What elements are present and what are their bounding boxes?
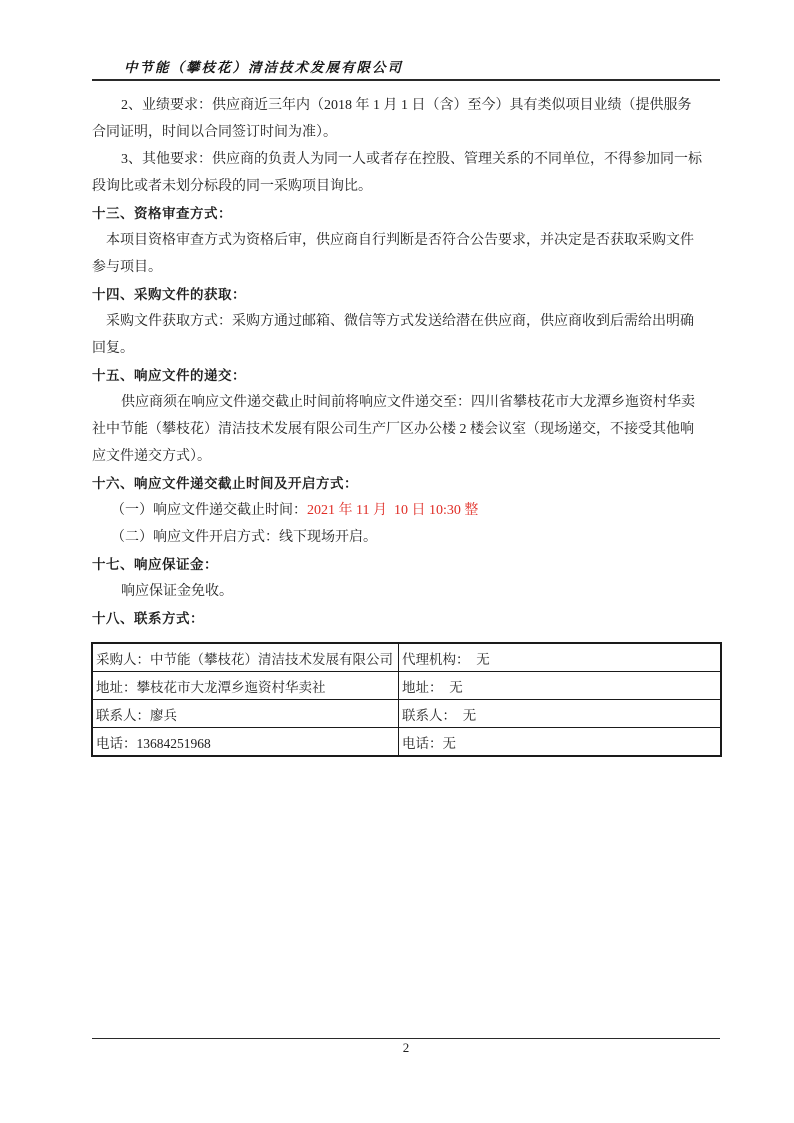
cell-agency: 代理机构： 无: [399, 644, 721, 672]
paragraph-other-requirement: 3、其他要求：供应商的负责人为同一人或者存在控股、管理关系的不同单位，不得参加同…: [92, 146, 722, 173]
deadline-label: （一）响应文件递交截止时间：: [111, 503, 307, 518]
paragraph-submission-deadline: （一）响应文件递交截止时间：2021 年 11 月 10 日 10:30 整: [92, 497, 722, 524]
section-heading-16-deadline-opening: 十六、响应文件递交截止时间及开启方式：: [92, 470, 722, 497]
paragraph-document-acquisition: 采购文件获取方式：采购方通过邮箱、微信等方式发送给潜在供应商，供应商收到后需给出…: [92, 308, 722, 335]
page-number: 2: [92, 1040, 720, 1056]
page-header: 中节能（攀枝花）清洁技术发展有限公司: [92, 56, 720, 81]
cell-agency-phone: 电话：无: [399, 728, 721, 756]
contact-table: 采购人：中节能（攀枝花）清洁技术发展有限公司 代理机构： 无 地址：攀枝花市大龙…: [92, 643, 721, 756]
paragraph-response-submission-cont1: 社中节能（攀枝花）清洁技术发展有限公司生产厂区办公楼 2 楼会议室（现场递交，不…: [92, 416, 722, 443]
paragraph-document-acquisition-cont: 回复。: [92, 335, 722, 362]
table-row-phone: 电话：13684251968 电话：无: [93, 728, 721, 756]
cell-agency-address: 地址： 无: [399, 672, 721, 700]
cell-agency-contact: 联系人： 无: [399, 700, 721, 728]
section-heading-15-response-submission: 十五、响应文件的递交：: [92, 362, 722, 389]
section-heading-17-deposit: 十七、响应保证金：: [92, 551, 722, 578]
paragraph-qualification-review: 本项目资格审查方式为资格后审，供应商自行判断是否符合公告要求，并决定是否获取采购…: [92, 227, 722, 254]
deadline-datetime-highlight: 2021 年 11 月 10 日 10:30 整: [307, 503, 478, 518]
paragraph-qualification-review-cont: 参与项目。: [92, 254, 722, 281]
paragraph-performance-requirement: 2、业绩要求：供应商近三年内（2018 年 1 月 1 日（含）至今）具有类似项…: [92, 92, 722, 119]
paragraph-deposit-waived: 响应保证金免收。: [92, 578, 722, 605]
table-row-purchaser: 采购人：中节能（攀枝花）清洁技术发展有限公司 代理机构： 无: [93, 644, 721, 672]
section-heading-18-contact: 十八、联系方式：: [92, 605, 722, 632]
document-body: 2、业绩要求：供应商近三年内（2018 年 1 月 1 日（含）至今）具有类似项…: [92, 92, 722, 756]
paragraph-response-submission-cont2: 应文件递交方式）。: [92, 443, 722, 470]
cell-purchaser-phone: 电话：13684251968: [93, 728, 399, 756]
table-row-contact-person: 联系人：廖兵 联系人： 无: [93, 700, 721, 728]
document-page: 中节能（攀枝花）清洁技术发展有限公司 2、业绩要求：供应商近三年内（2018 年…: [0, 0, 794, 1123]
cell-purchaser-address: 地址：攀枝花市大龙潭乡迤资村华卖社: [93, 672, 399, 700]
cell-purchaser: 采购人：中节能（攀枝花）清洁技术发展有限公司: [93, 644, 399, 672]
paragraph-other-requirement-cont: 段询比或者未划分标段的同一采购项目询比。: [92, 173, 722, 200]
paragraph-response-submission: 供应商须在响应文件递交截止时间前将响应文件递交至：四川省攀枝花市大龙潭乡迤资村华…: [92, 389, 722, 416]
table-row-address: 地址：攀枝花市大龙潭乡迤资村华卖社 地址： 无: [93, 672, 721, 700]
section-heading-13-qualification-review: 十三、资格审查方式：: [92, 200, 722, 227]
page-footer: 2: [92, 1038, 720, 1056]
section-heading-14-document-acquisition: 十四、采购文件的获取：: [92, 281, 722, 308]
header-company-name: 中节能（攀枝花）清洁技术发展有限公司: [92, 56, 720, 76]
paragraph-opening-method: （二）响应文件开启方式：线下现场开启。: [92, 524, 722, 551]
cell-purchaser-contact: 联系人：廖兵: [93, 700, 399, 728]
paragraph-performance-requirement-cont: 合同证明，时间以合同签订时间为准）。: [92, 119, 722, 146]
